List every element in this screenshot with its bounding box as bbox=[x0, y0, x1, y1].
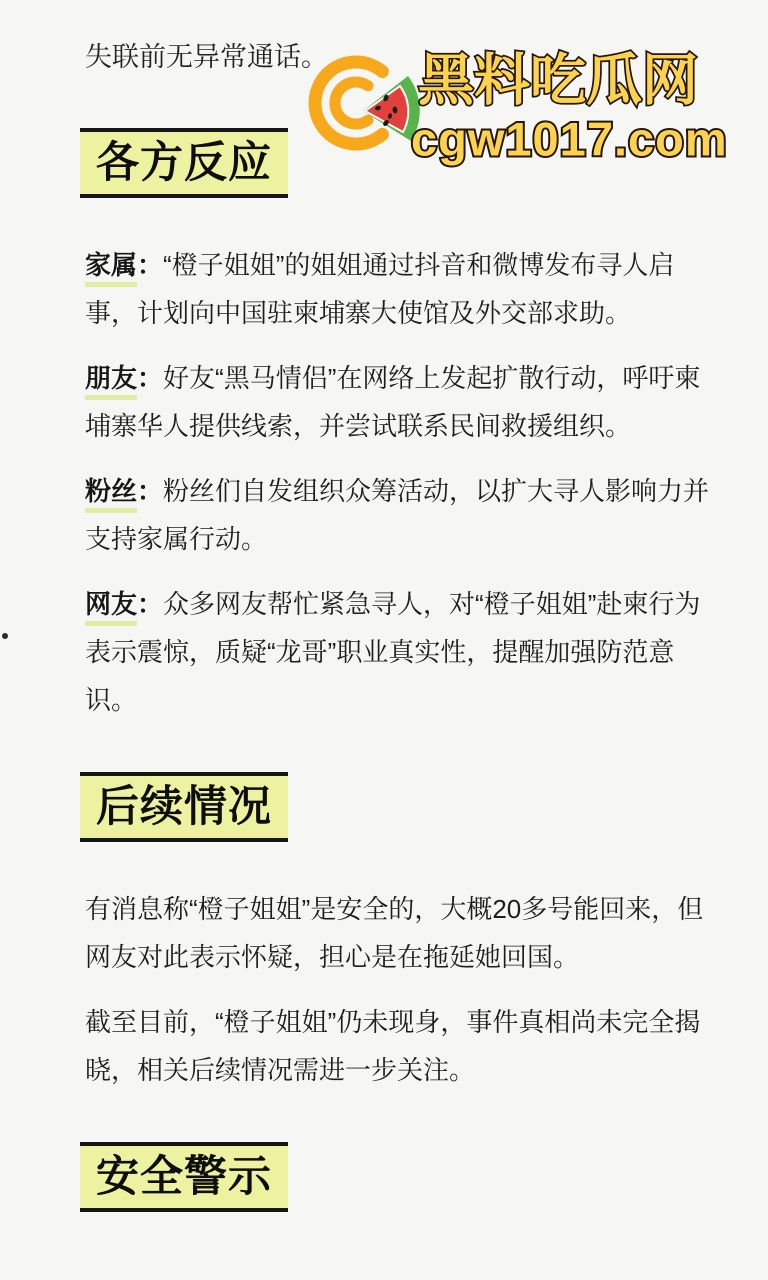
paragraph-text: 好友“黑马情侣”在网络上发起扩散行动，呼吁柬埔寨华人提供线索，并尝试联系民间救援… bbox=[85, 363, 700, 441]
stray-dot bbox=[2, 633, 8, 639]
paragraph-text: 截至目前，“橙子姐姐”仍未现身，事件真相尚未完全揭晓，相关后续情况需进一步关注。 bbox=[85, 1007, 700, 1085]
intro-text: 失联前无异常通话。 bbox=[85, 40, 712, 74]
paragraph-fans: 粉丝：粉丝们自发组织众筹活动，以扩大寻人影响力并支持家属行动。 bbox=[85, 467, 712, 563]
section-reactions: 各方反应 家属：“橙子姐姐”的姐姐通过抖音和微博发布寻人启事，计划向中国驻柬埔寨… bbox=[85, 128, 712, 724]
paragraph-label: 网友： bbox=[85, 589, 163, 626]
paragraph-label: 朋友： bbox=[85, 363, 163, 400]
paragraph-text: “橙子姐姐”的姐姐通过抖音和微博发布寻人启事，计划向中国驻柬埔寨大使馆及外交部求… bbox=[85, 250, 674, 328]
paragraph-text: 粉丝们自发组织众筹活动，以扩大寻人影响力并支持家属行动。 bbox=[85, 476, 709, 554]
paragraph-label: 家属： bbox=[85, 250, 163, 287]
section-heading-safety: 安全警示 bbox=[80, 1142, 288, 1212]
paragraph-label: 粉丝： bbox=[85, 476, 163, 513]
paragraph-friends: 朋友：好友“黑马情侣”在网络上发起扩散行动，呼吁柬埔寨华人提供线索，并尝试联系民… bbox=[85, 354, 712, 450]
paragraph-netizens: 网友：众多网友帮忙紧急寻人，对“橙子姐姐”赴柬行为表示震惊，质疑“龙哥”职业真实… bbox=[85, 580, 712, 724]
article-page: 失联前无异常通话。 各方反应 家属：“橙子姐姐”的姐姐通过抖音和微博发布寻人启事… bbox=[0, 0, 768, 1212]
paragraph-family: 家属：“橙子姐姐”的姐姐通过抖音和微博发布寻人启事，计划向中国驻柬埔寨大使馆及外… bbox=[85, 241, 712, 337]
paragraph-still-missing: 截至目前，“橙子姐姐”仍未现身，事件真相尚未完全揭晓，相关后续情况需进一步关注。 bbox=[85, 998, 712, 1094]
paragraph-text: 有消息称“橙子姐姐”是安全的，大概20多号能回来，但网友对此表示怀疑，担心是在拖… bbox=[85, 894, 703, 972]
paragraph-text: 众多网友帮忙紧急寻人，对“橙子姐姐”赴柬行为表示震惊，质疑“龙哥”职业真实性，提… bbox=[85, 589, 700, 715]
section-heading-reactions: 各方反应 bbox=[80, 128, 288, 198]
paragraph-safe-rumor: 有消息称“橙子姐姐”是安全的，大概20多号能回来，但网友对此表示怀疑，担心是在拖… bbox=[85, 885, 712, 981]
section-follow-up: 后续情况 有消息称“橙子姐姐”是安全的，大概20多号能回来，但网友对此表示怀疑，… bbox=[85, 772, 712, 1094]
section-heading-follow-up: 后续情况 bbox=[80, 772, 288, 842]
section-safety-warning: 安全警示 bbox=[85, 1142, 712, 1212]
